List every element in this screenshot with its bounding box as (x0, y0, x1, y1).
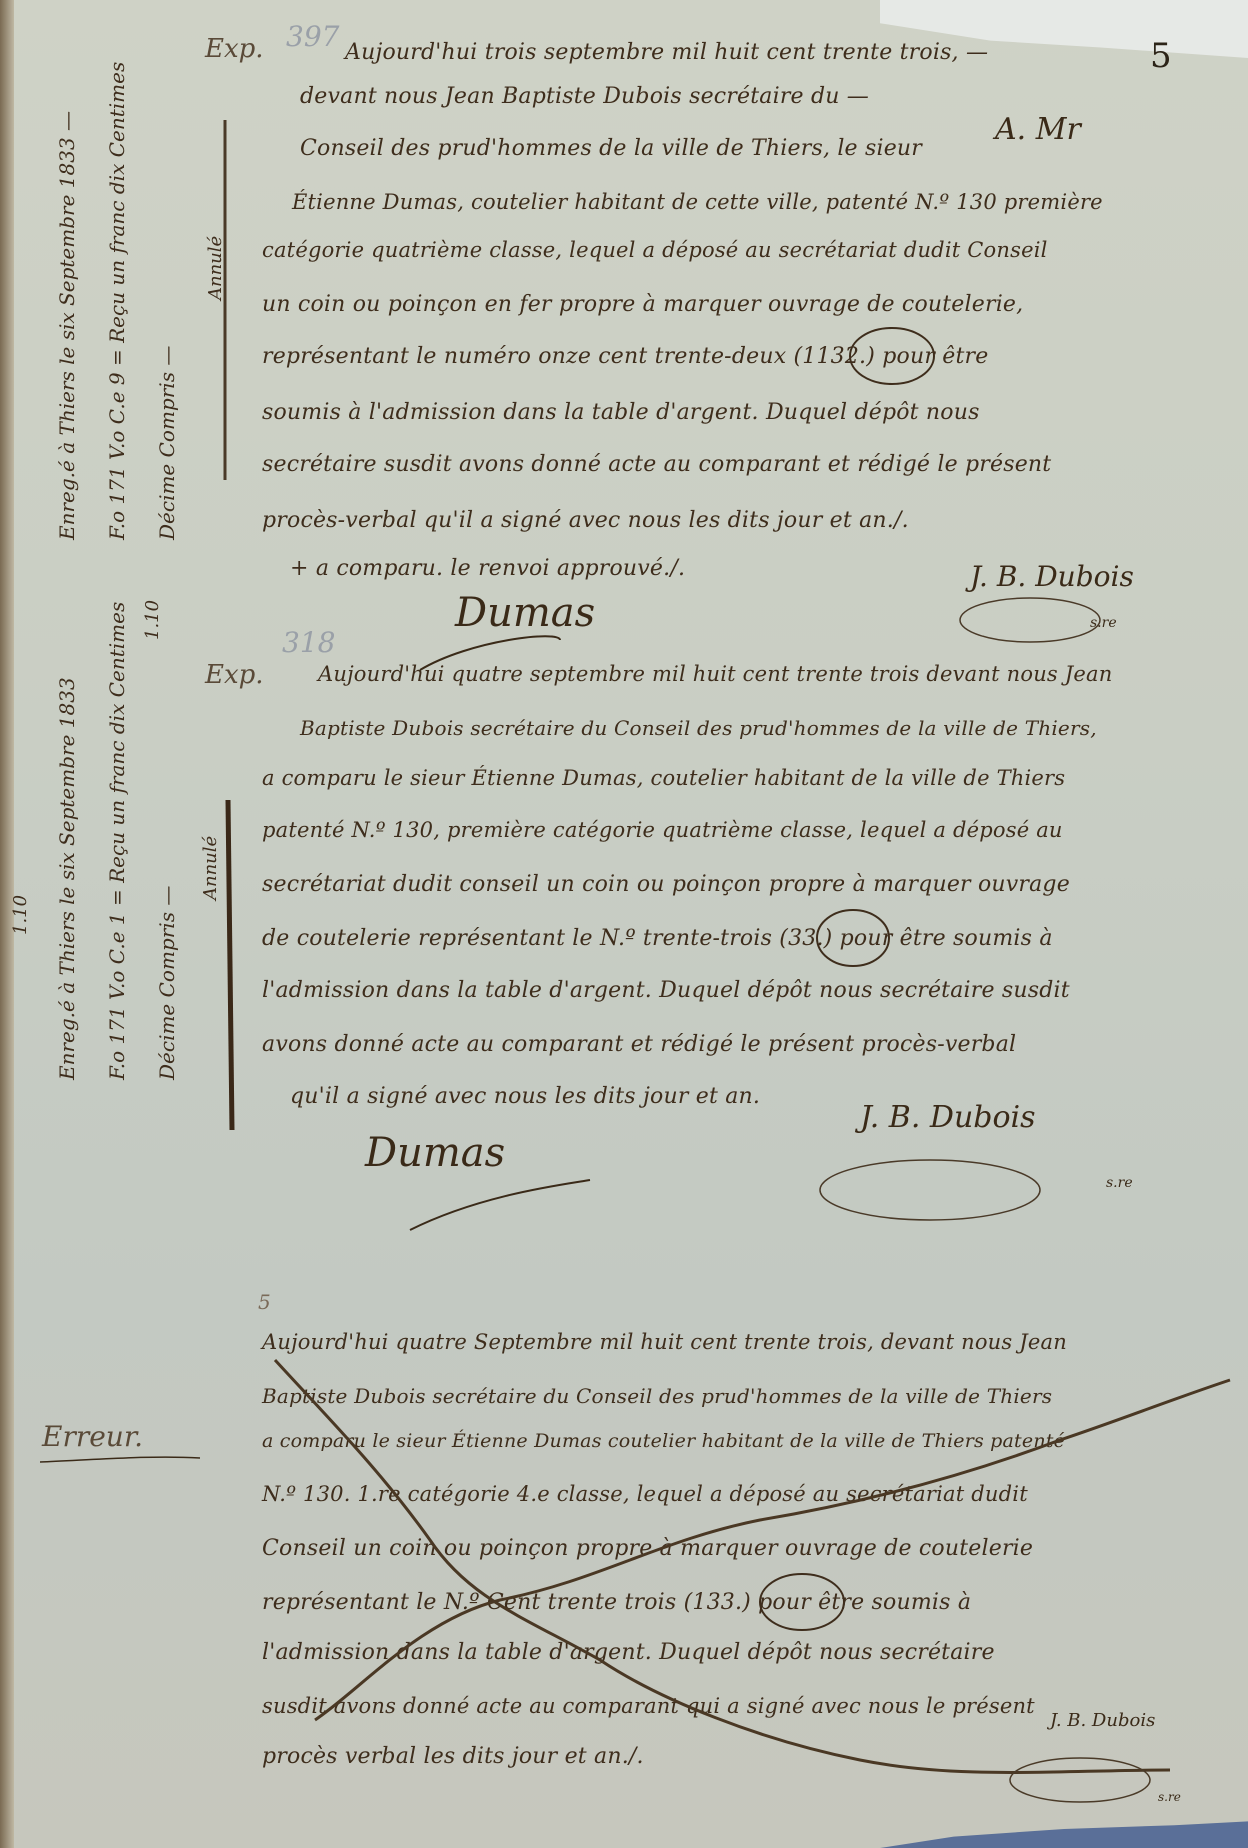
text-line: Conseil un coin ou poinçon propre à marq… (262, 1536, 1033, 1561)
text-line: devant nous Jean Baptiste Dubois secréta… (300, 84, 869, 109)
text-line: a comparu le sieur Étienne Dumas couteli… (262, 1430, 1065, 1452)
text-line: Baptiste Dubois secrétaire du Conseil de… (262, 1384, 1052, 1408)
entry-faint-number: 5 (258, 1290, 271, 1314)
signature-dumas: Dumas (365, 1130, 505, 1176)
text-line: a comparu le sieur Étienne Dumas, coutel… (262, 766, 1065, 790)
text-line: un coin ou poinçon en fer propre à marqu… (262, 292, 1023, 317)
text-line: Aujourd'hui quatre septembre mil huit ce… (318, 662, 1112, 686)
text-line: secrétaire susdit avons donné acte au co… (262, 452, 1051, 477)
text-line: Étienne Dumas, coutelier habitant de cet… (292, 190, 1103, 214)
text-line: secrétariat dudit conseil un coin ou poi… (262, 872, 1070, 897)
text-line: l'admission dans la table d'argent. Duqu… (262, 978, 1070, 1003)
paraph-annule: Annulé (200, 836, 221, 900)
page-number: 5 (1150, 36, 1172, 76)
text-line: qu'il a signé avec nous les dits jour et… (290, 1084, 760, 1109)
text-line: catégorie quatrième classe, lequel a dép… (262, 238, 1048, 262)
margin-note-line: F.o 171 V.o C.e 9 = Reçu un franc dix Ce… (105, 62, 129, 540)
text-line: procès verbal les dits jour et an./. (262, 1744, 644, 1769)
signature-dumas: Dumas (455, 590, 595, 636)
signature-suffix: s.re (1106, 1175, 1133, 1191)
text-line: représentant le numéro onze cent trente-… (262, 344, 988, 369)
text-line: l'admission dans la table d'argent. Duqu… (262, 1640, 995, 1665)
cross-out-strokes (0, 0, 1248, 1848)
fee-amount: 1.10 (10, 895, 31, 935)
text-line: patenté N.º 130, première catégorie quat… (262, 818, 1063, 842)
margin-note-line: Décime Compris — (155, 886, 179, 1080)
entry-label: Exp. (205, 660, 264, 690)
margin-note-line: F.o 171 V.o C.e 1 = Reçu un franc dix Ce… (105, 602, 129, 1080)
text-line: Aujourd'hui trois septembre mil huit cen… (345, 40, 988, 65)
text-line: Baptiste Dubois secrétaire du Conseil de… (300, 716, 1097, 740)
text-line: procès-verbal qu'il a signé avec nous le… (262, 508, 909, 533)
renvoi-note: + a comparu. le renvoi approuvé./. (290, 556, 685, 581)
paraph-annule: Annulé (205, 236, 226, 300)
signature-suffix: s.re (1090, 615, 1117, 631)
margin-note-line: Décime Compris — (155, 346, 179, 540)
entry-faint-number: 318 (282, 626, 335, 659)
text-line: N.º 130. 1.re catégorie 4.e classe, lequ… (262, 1482, 1028, 1506)
fee-amount: 1.10 (142, 600, 163, 640)
signature-dubois: J. B. Dubois (1050, 1710, 1155, 1731)
text-line: Conseil des prud'hommes de la ville de T… (300, 136, 922, 161)
text-line: soumis à l'admission dans la table d'arg… (262, 400, 980, 425)
manuscript-page: 5 Exp. 397 Aujourd'hui trois septembre m… (0, 0, 1248, 1848)
text-line: représentant le N.º Cent trente trois (1… (262, 1590, 971, 1615)
entry-faint-number: 397 (286, 20, 339, 53)
torn-paper-edge-bottom (880, 1810, 1248, 1848)
signature-suffix: s.re (1158, 1790, 1181, 1804)
text-line: susdit avons donné acte au comparant qui… (262, 1694, 1035, 1718)
text-line: Aujourd'hui quatre Septembre mil huit ce… (262, 1330, 1067, 1354)
signature-dubois: J. B. Dubois (860, 1100, 1036, 1135)
margin-note-line: Enreg.é à Thiers le six Septembre 1833 — (55, 111, 79, 540)
text-line: de coutelerie représentant le N.º trente… (262, 926, 1053, 951)
margin-note-line: Enreg.é à Thiers le six Septembre 1833 (55, 677, 79, 1080)
marginal-approval: A. Mr (995, 112, 1081, 147)
entry-label: Exp. (205, 34, 264, 64)
text-line: avons donné acte au comparant et rédigé … (262, 1032, 1016, 1057)
signature-dubois: J. B. Dubois (970, 560, 1134, 593)
error-label: Erreur. (42, 1420, 143, 1453)
